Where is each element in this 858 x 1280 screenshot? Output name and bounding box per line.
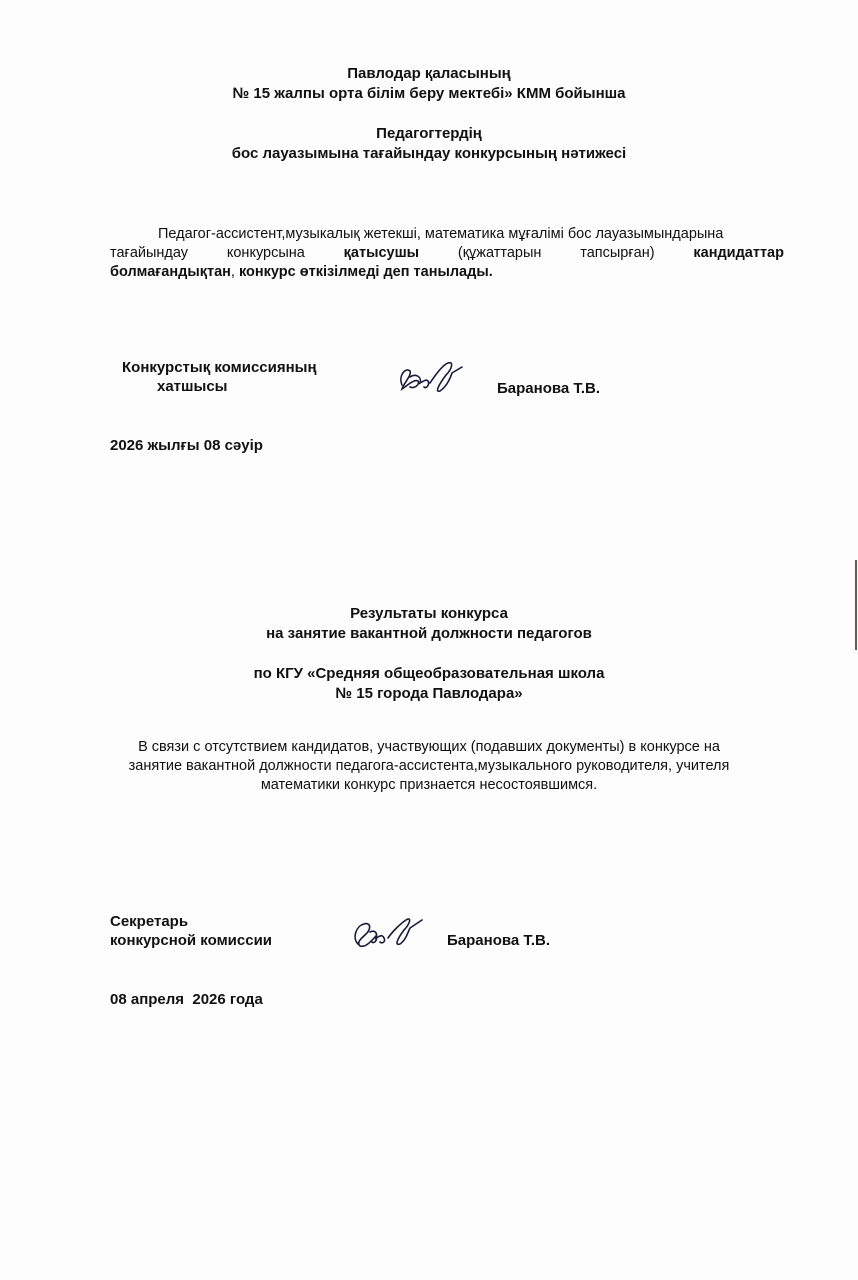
kz-word-participant: қатысушы xyxy=(344,244,419,263)
ru-body-line2: занятие вакантной должности педагога-асс… xyxy=(0,757,858,776)
ru-role-line1: Секретарь xyxy=(110,912,272,931)
ru-body-paragraph: В связи с отсутствием кандидатов, участв… xyxy=(0,738,858,795)
kz-word: тапсырған) xyxy=(580,244,654,263)
kz-comma: , xyxy=(231,264,239,280)
ru-header: Результаты конкурса на занятие вакантной… xyxy=(0,604,858,704)
kz-word-candidates: кандидаттар xyxy=(693,244,784,263)
kz-handwritten-signature-icon xyxy=(396,355,468,397)
kz-header-line3: Педагогтердің xyxy=(0,124,858,144)
ru-signature-role: Секретарь конкурсной комиссии xyxy=(110,912,272,950)
ru-date: 08 апреля 2026 года xyxy=(110,990,263,1009)
kz-header-line4: бос лауазымына тағайындау конкурсының нә… xyxy=(0,144,858,164)
kz-word: конкурсына xyxy=(227,244,305,263)
ru-handwritten-signature-icon xyxy=(348,912,432,952)
kz-word: (құжаттарын xyxy=(458,244,542,263)
kz-date: 2026 жылғы 08 сәуір xyxy=(110,436,263,455)
kz-signature-role: Конкурстық комиссияның хатшысы xyxy=(122,358,317,396)
kz-header-line1: Павлодар қаласының xyxy=(0,64,858,84)
ru-header-line2: на занятие вакантной должности педагогов xyxy=(0,624,858,644)
kz-body-line1: Педагог-ассистент,музыкалық жетекші, мат… xyxy=(110,225,784,244)
kz-word-absence: болмағандықтан xyxy=(110,264,231,280)
ru-header-line1: Результаты конкурса xyxy=(0,604,858,624)
ru-header-line4: № 15 города Павлодара» xyxy=(0,684,858,704)
kz-body-line2: тағайындау конкурсына қатысушы (құжаттар… xyxy=(110,244,784,263)
ru-role-line2: конкурсной комиссии xyxy=(110,931,272,950)
kz-role-line1: Конкурстық комиссияның xyxy=(122,358,317,377)
ru-body-line1: В связи с отсутствием кандидатов, участв… xyxy=(0,738,858,757)
kz-body-line3: болмағандықтан, конкурс өткізілмеді деп … xyxy=(110,263,784,282)
ru-signatory-name: Баранова Т.В. xyxy=(447,931,550,950)
kz-header-line2: № 15 жалпы орта білім беру мектебі» КММ … xyxy=(0,84,858,104)
kz-signatory-name: Баранова Т.В. xyxy=(497,379,600,398)
kz-header: Павлодар қаласының № 15 жалпы орта білім… xyxy=(0,64,858,164)
kz-word: тағайындау xyxy=(110,244,188,263)
kz-conclusion: конкурс өткізілмеді деп танылады. xyxy=(239,264,493,280)
kz-role-line2: хатшысы xyxy=(122,377,317,396)
ru-header-line3: по КГУ «Средняя общеобразовательная школ… xyxy=(0,664,858,684)
kz-body-paragraph: Педагог-ассистент,музыкалық жетекші, мат… xyxy=(110,225,784,282)
ru-body-line3: математики конкурс признается несостоявш… xyxy=(0,776,858,795)
